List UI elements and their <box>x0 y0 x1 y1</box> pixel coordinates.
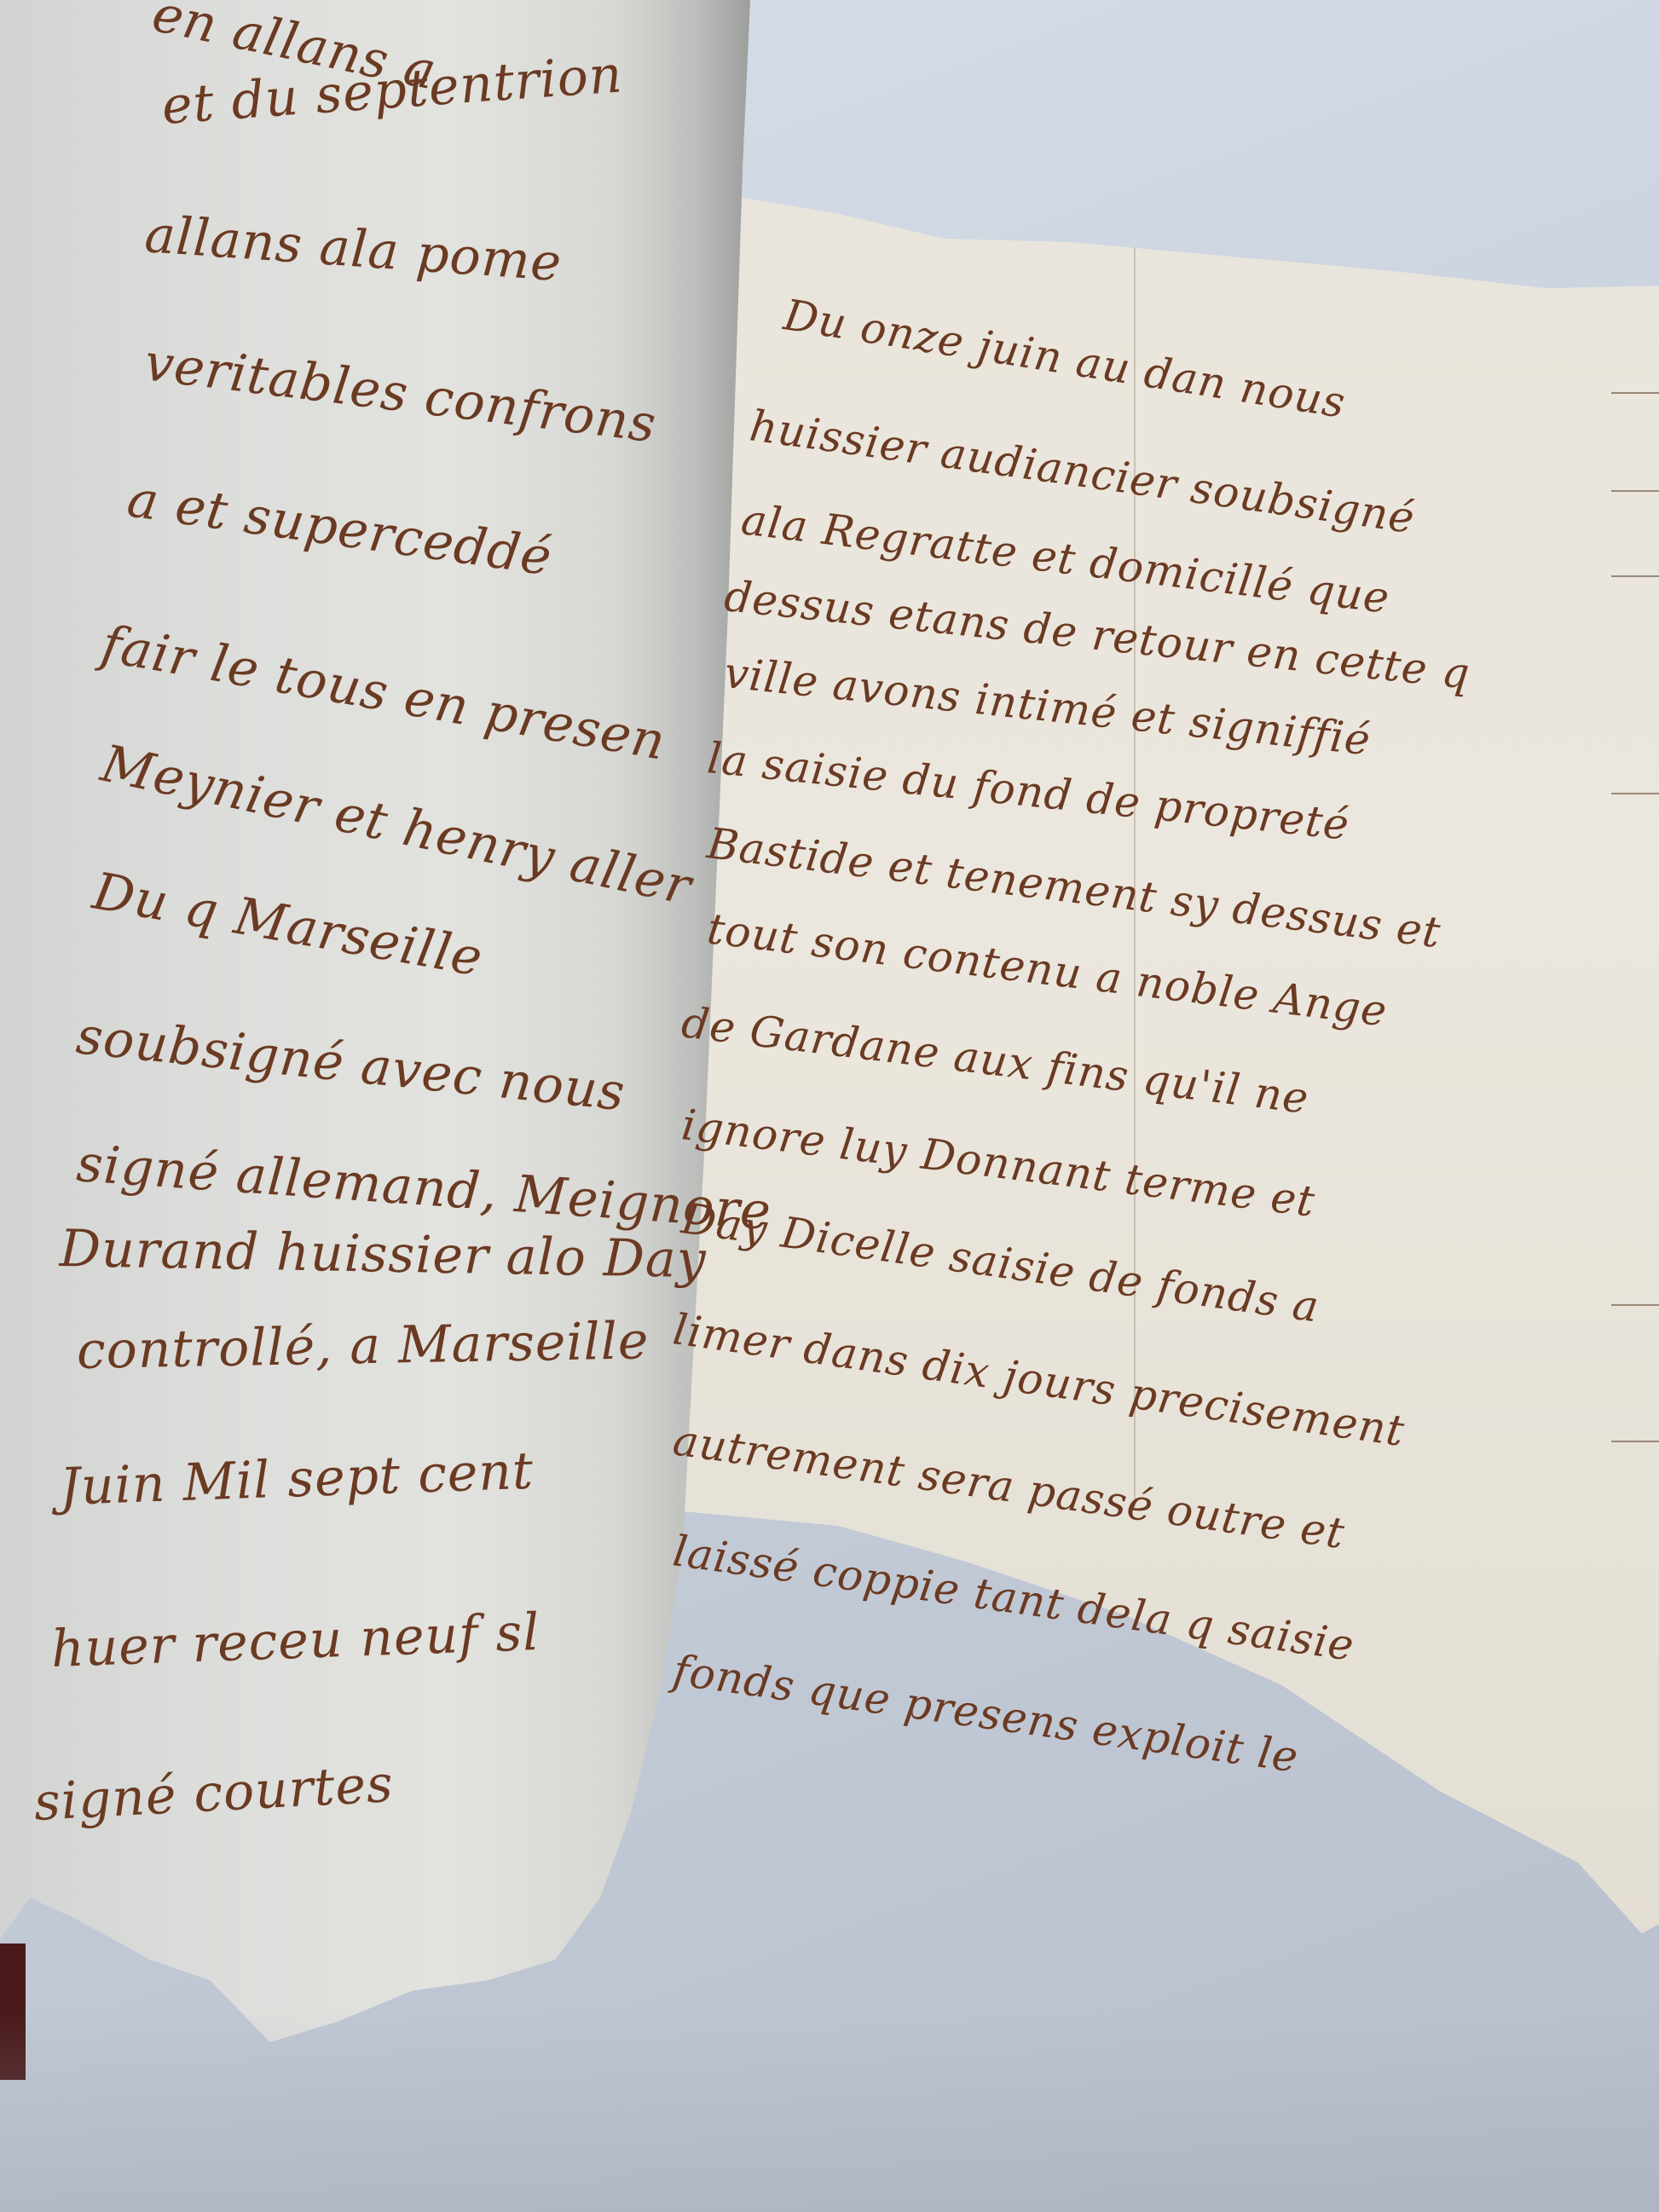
page-fold-crease <box>1134 230 1136 1509</box>
margin-rule <box>1611 490 1659 492</box>
manuscript-photo: en allans a et du septentrion allans ala… <box>0 0 1659 2212</box>
margin-rule <box>1611 392 1659 394</box>
margin-rule <box>1611 793 1659 794</box>
margin-rule <box>1611 1441 1659 1442</box>
left-line-11: Durand huissier alo Day <box>59 1219 707 1290</box>
left-line-12: controllé, a Marseille <box>76 1311 650 1381</box>
margin-rule <box>1611 1304 1659 1306</box>
table-surface-shadow <box>0 2007 1659 2212</box>
margin-rule <box>1611 575 1659 577</box>
right-line-15: fonds que presens exploit le <box>670 1645 1302 1782</box>
